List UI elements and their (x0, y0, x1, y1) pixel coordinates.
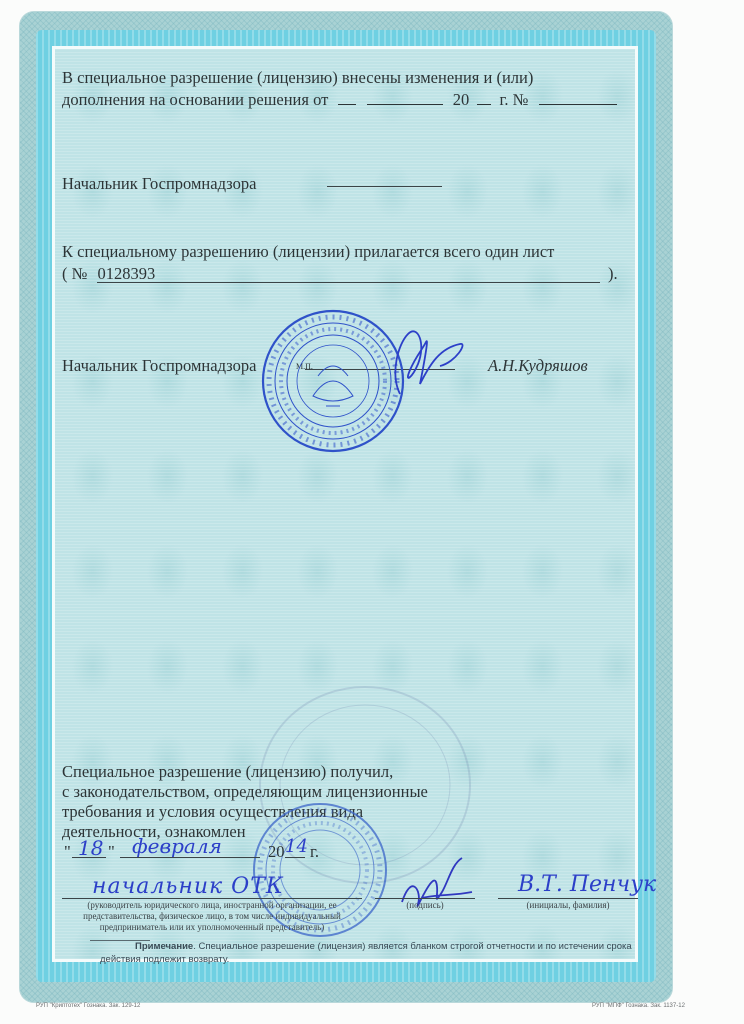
attachment-number-line (97, 282, 600, 283)
date-quote-open: " (64, 842, 71, 862)
decision-year-blank (477, 90, 491, 105)
changes-line-2-prefix: дополнения на основании решения от (62, 90, 328, 109)
footer-right-imprint: РУП "МПФ" Гознака. Зак. 1137-12 (592, 1003, 685, 1009)
recipient-signature-icon (392, 852, 482, 922)
date-year-line (285, 857, 305, 858)
date-month-line (120, 857, 260, 858)
changes-line-1: В специальное разрешение (лицензию) внес… (62, 68, 533, 88)
footer-left-imprint: РУП "Криптотех" Гознака. Зак. 129-12 (36, 1003, 140, 1009)
recipient-name-handwritten: В.Т. Пенчук (518, 872, 656, 897)
date-year-prefix: 20 (268, 842, 285, 862)
received-line-1: Специальное разрешение (лицензию) получи… (62, 762, 393, 782)
recipient-name-caption: (инициалы, фамилия) (498, 900, 638, 911)
recipient-name-line (498, 898, 638, 899)
recipient-signature-caption: (подпись) (375, 900, 475, 911)
date-month: февраля (132, 834, 222, 858)
recipient-position-line (62, 898, 362, 899)
date-quote-close: " (108, 842, 115, 862)
decision-number-blank (539, 90, 617, 105)
recipient-position-caption: (руководитель юридического лица, иностра… (62, 900, 362, 933)
received-line-2: с законодательством, определяющим лиценз… (62, 782, 428, 802)
decision-year-prefix: 20 (453, 90, 470, 109)
recipient-position-handwritten: начальник ОТК (92, 874, 284, 899)
date-year-suffix: 14 (285, 836, 308, 857)
head-name: А.Н.Кудряшов (488, 356, 588, 376)
attachment-close-paren: ). (608, 264, 618, 284)
note-block: Примечание. Специальное разрешение (лице… (100, 940, 640, 966)
note-label: Примечание (135, 941, 193, 952)
decision-number-label: г. № (499, 90, 528, 109)
head-title-1: Начальник Госпромнадзора (62, 174, 256, 194)
attachment-no-label: ( № (62, 264, 87, 283)
attachment-sheet-number: 0128393 (98, 264, 156, 283)
head-signature-line-1 (327, 186, 442, 187)
attachment-line-1: К специальному разрешению (лицензии) при… (62, 242, 554, 262)
date-day-line (72, 857, 106, 858)
recipient-signature-line (375, 898, 475, 899)
changes-line-2: дополнения на основании решения от 20 г.… (62, 90, 617, 110)
date-g: г. (310, 842, 319, 862)
attachment-line-2: ( № 0128393 (62, 264, 155, 284)
head-signature-icon (360, 314, 470, 404)
decision-day-blank (338, 90, 356, 105)
decision-month-blank (367, 90, 443, 105)
head-title-2: Начальник Госпромнадзора (62, 356, 256, 376)
